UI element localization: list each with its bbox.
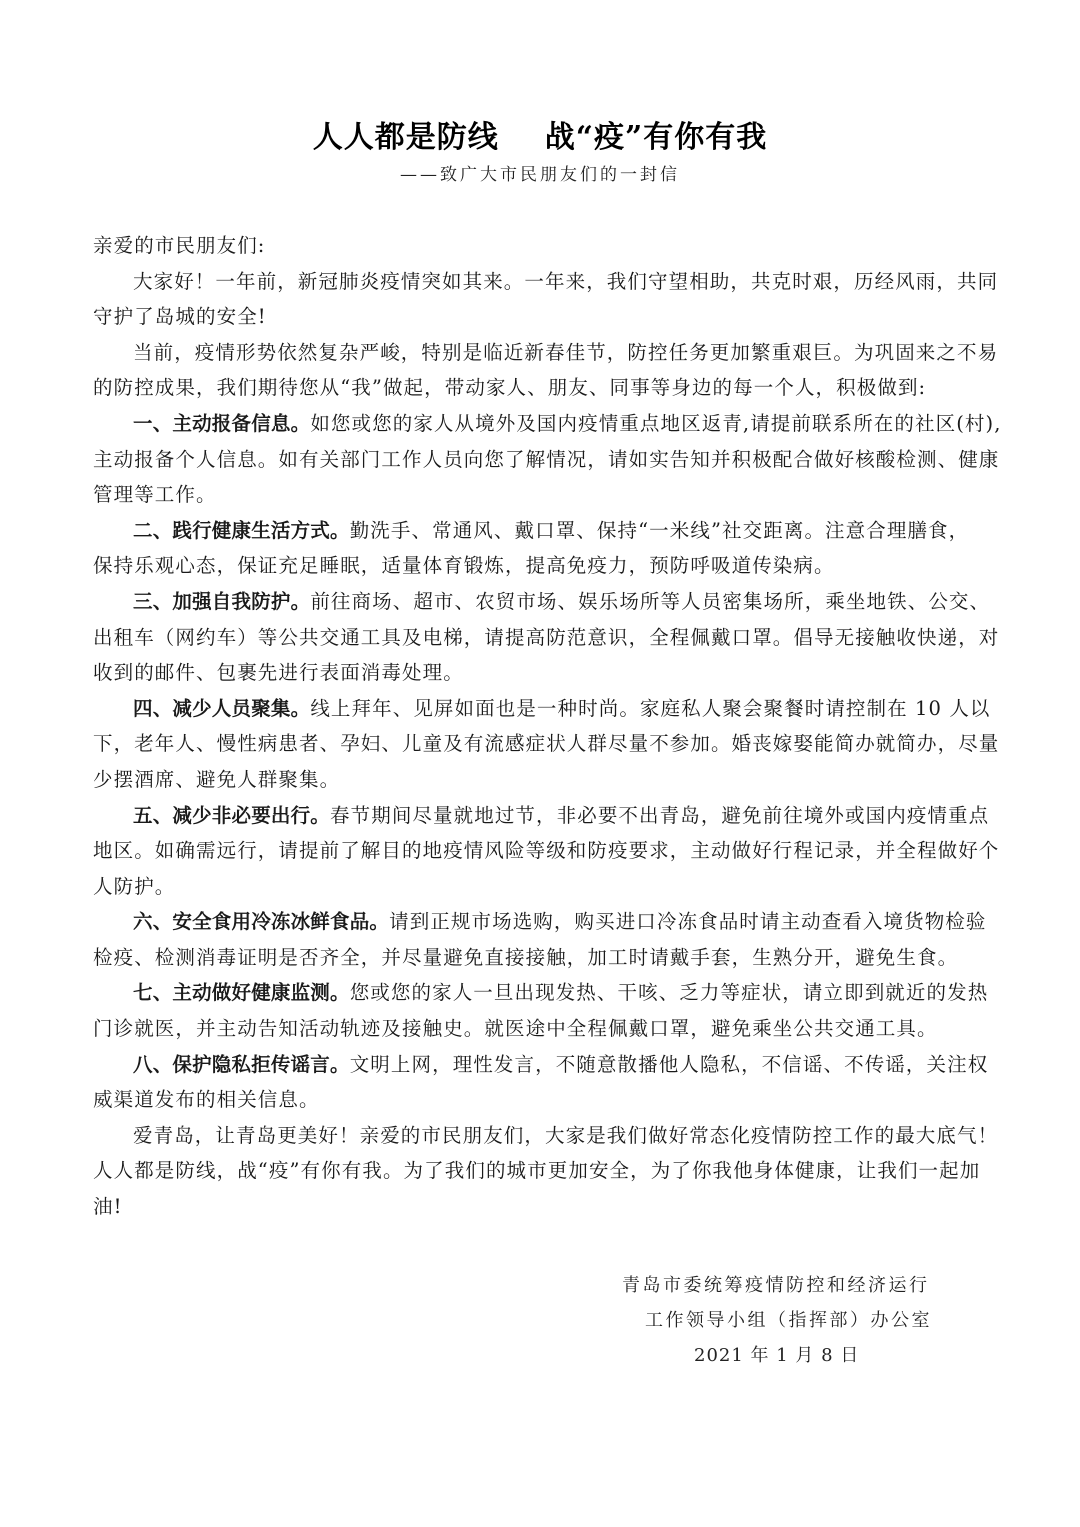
closing-line: 爱青岛，让青岛更美好！亲爱的市民朋友们，大家是我们做好常态化疫情防控工作的最大底… <box>93 1123 993 1159</box>
title-part-2: 战“疫”有你有我 <box>545 120 768 155</box>
item-7-heading: 七、主动做好健康监测。 <box>133 981 350 1004</box>
context-line: 的防控成果，我们期待您从“我”做起，带动家人、朋友、同事等身边的每一个人，积极做… <box>93 375 993 411</box>
item-5-line: 人防护。 <box>93 874 993 910</box>
item-3-heading: 三、加强自我防护。 <box>133 590 310 613</box>
item-1-heading: 一、主动报备信息。 <box>133 412 310 435</box>
item-8-heading: 八、保护隐私拒传谣言。 <box>133 1053 350 1076</box>
context-line: 当前，疫情形势依然复杂严峻，特别是临近新春佳节，防控任务更加繁重艰巨。为巩固来之… <box>93 340 993 376</box>
title-part-1: 人人都是防线 <box>313 120 499 155</box>
item-7-text: 您或您的家人一旦出现发热、干咳、乏力等症状，请立即到就近的发热 <box>350 981 989 1004</box>
item-4-line: 少摆酒席、避免人群聚集。 <box>93 767 993 803</box>
page-subtitle: ——致广大市民朋友们的一封信 <box>0 160 1080 185</box>
item-2-first-line: 二、践行健康生活方式。勤洗手、常通风、戴口罩、保持“一米线”社交距离。注意合理膳… <box>93 518 993 554</box>
closing-line: 油! <box>93 1194 993 1230</box>
item-8-first-line: 八、保护隐私拒传谣言。文明上网，理性发言，不随意散播他人隐私，不信谣、不传谣，关… <box>93 1052 993 1088</box>
item-7-line: 门诊就医，并主动告知活动轨迹及接触史。就医途中全程佩戴口罩，避免乘坐公共交通工具… <box>93 1016 993 1052</box>
letter-body: 亲爱的市民朋友们: 大家好！一年前，新冠肺炎疫情突如其来。一年来，我们守望相助，… <box>93 233 993 1230</box>
item-1-line: 主动报备个人信息。如有关部门工作人员向您了解情况，请如实告知并积极配合做好核酸检… <box>93 447 993 483</box>
item-3-line: 收到的邮件、包裹先进行表面消毒处理。 <box>93 660 993 696</box>
page-title: 人人都是防线战“疫”有你有我 <box>0 112 1080 156</box>
item-4-text: 线上拜年、见屏如面也是一种时尚。家庭私人聚会聚餐时请控制在 10 人以 <box>310 697 990 720</box>
item-2-line: 保持乐观心态，保证充足睡眠，适量体育锻炼，提高免疫力，预防呼吸道传染病。 <box>93 553 993 589</box>
item-4-line: 下，老年人、慢性病患者、孕妇、儿童及有流感症状人群尽量不参加。婚丧嫁娶能简办就简… <box>93 731 993 767</box>
item-1-line: 管理等工作。 <box>93 482 993 518</box>
salutation: 亲爱的市民朋友们: <box>93 233 993 269</box>
item-5-first-line: 五、减少非必要出行。春节期间尽量就地过节，非必要不出青岛，避免前往境外或国内疫情… <box>93 803 993 839</box>
item-6-text: 请到正规市场选购，购买进口冷冻食品时请主动查看入境货物检验 <box>389 910 986 933</box>
intro-line: 守护了岛城的安全! <box>93 304 993 340</box>
item-5-heading: 五、减少非必要出行。 <box>133 804 330 827</box>
signature-org-line-1: 青岛市委统筹疫情防控和经济运行 <box>622 1271 930 1297</box>
item-1-text: 如您或您的家人从境外及国内疫情重点地区返青,请提前联系所在的社区(村), <box>310 412 1001 435</box>
item-8-line: 威渠道发布的相关信息。 <box>93 1087 993 1123</box>
item-1-first-line: 一、主动报备信息。如您或您的家人从境外及国内疫情重点地区返青,请提前联系所在的社… <box>93 411 993 447</box>
item-3-line: 出租车（网约车）等公共交通工具及电梯，请提高防范意识，全程佩戴口罩。倡导无接触收… <box>93 625 993 661</box>
item-3-first-line: 三、加强自我防护。前往商场、超市、农贸市场、娱乐场所等人员密集场所，乘坐地铁、公… <box>93 589 993 625</box>
item-6-heading: 六、安全食用冷冻冰鲜食品。 <box>133 910 389 933</box>
item-8-text: 文明上网，理性发言，不随意散播他人隐私，不信谣、不传谣，关注权 <box>350 1053 989 1076</box>
signature-date: 2021 年 1 月 8 日 <box>694 1341 859 1367</box>
item-2-heading: 二、践行健康生活方式。 <box>133 519 350 542</box>
item-4-heading: 四、减少人员聚集。 <box>133 697 310 720</box>
intro-line: 大家好！一年前，新冠肺炎疫情突如其来。一年来，我们守望相助，共克时艰，历经风雨，… <box>93 269 993 305</box>
item-5-text: 春节期间尽量就地过节，非必要不出青岛，避免前往境外或国内疫情重点 <box>330 804 989 827</box>
closing-line: 人人都是防线，战“疫”有你有我。为了我们的城市更加安全，为了你我他身体健康，让我… <box>93 1158 993 1194</box>
item-3-text: 前往商场、超市、农贸市场、娱乐场所等人员密集场所，乘坐地铁、公交、 <box>310 590 990 613</box>
letter-page: 人人都是防线战“疫”有你有我 ——致广大市民朋友们的一封信 亲爱的市民朋友们: … <box>0 0 1080 1527</box>
item-6-first-line: 六、安全食用冷冻冰鲜食品。请到正规市场选购，购买进口冷冻食品时请主动查看入境货物… <box>93 909 993 945</box>
item-7-first-line: 七、主动做好健康监测。您或您的家人一旦出现发热、干咳、乏力等症状，请立即到就近的… <box>93 980 993 1016</box>
item-6-line: 检疫、检测消毒证明是否齐全，并尽量避免直接接触，加工时请戴手套，生熟分开，避免生… <box>93 945 993 981</box>
item-5-line: 地区。如确需远行，请提前了解目的地疫情风险等级和防疫要求，主动做好行程记录，并全… <box>93 838 993 874</box>
item-2-text: 勤洗手、常通风、戴口罩、保持“一米线”社交距离。注意合理膳食， <box>350 519 970 542</box>
signature-org-line-2: 工作领导小组（指挥部）办公室 <box>645 1306 932 1332</box>
item-4-first-line: 四、减少人员聚集。线上拜年、见屏如面也是一种时尚。家庭私人聚会聚餐时请控制在 1… <box>93 696 993 732</box>
